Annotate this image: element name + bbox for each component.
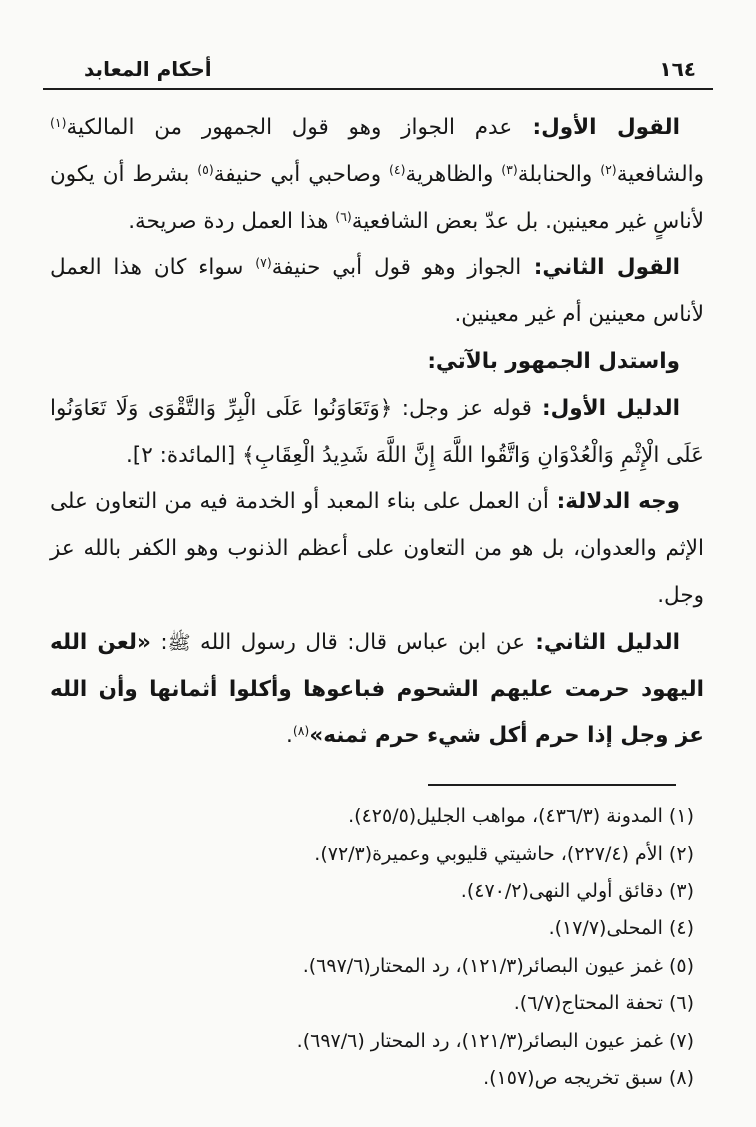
text-segment-sup: (٢) xyxy=(600,162,617,177)
footnote-item: (٦) تحفة المحتاج(٦/٧). xyxy=(50,985,694,1022)
text-segment-sup: (١) xyxy=(50,115,67,130)
text-segment-normal: وصاحبي أبي حنيفة xyxy=(214,162,389,187)
text-segment-sup: (٦) xyxy=(335,209,352,224)
page-number: ١٦٤ xyxy=(659,54,696,84)
text-segment-normal: هذا العمل ردة صريحة. xyxy=(128,209,335,234)
text-segment-normal: [المائدة: ٢]. xyxy=(126,443,242,468)
text-segment-sup: (٧) xyxy=(255,255,272,270)
text-segment-normal: عدم الجواز وهو قول الجمهور من المالكية xyxy=(67,115,513,140)
text-segment-normal: والظاهرية xyxy=(406,162,502,187)
text-segment-normal: الجواز وهو قول أبي حنيفة xyxy=(272,255,522,280)
text-segment-normal: عن ابن عباس قال: قال رسول الله xyxy=(191,630,526,655)
header-rule xyxy=(43,88,713,90)
text-segment-sup: (٤) xyxy=(389,162,406,177)
text-segment-bold: القول الثاني: xyxy=(521,255,680,280)
running-header: ١٦٤ أحكام المعابد xyxy=(0,0,756,84)
paragraph-qawl-thani: القول الثاني: الجواز وهو قول أبي حنيفة(٧… xyxy=(50,245,704,339)
paragraph-qawl-awwal: القول الأول: عدم الجواز وهو قول الجمهور … xyxy=(50,105,704,245)
paragraph-dalil-awwal: الدليل الأول: قوله عز وجل: ﴿وَتَعَاوَنُو… xyxy=(50,386,704,480)
text-segment-sup: (٥) xyxy=(197,162,214,177)
footnote-separator-rule xyxy=(428,784,676,786)
text-segment-normal: والحنابلة xyxy=(518,162,600,187)
book-title: أحكام المعابد xyxy=(84,54,212,84)
text-segment-sup: (٣) xyxy=(501,162,518,177)
footnote-item: (٥) غمز عيون البصائر(١٢١/٣)، رد المحتار(… xyxy=(50,948,694,985)
paragraph-wajh-dalalah: وجه الدلالة: أن العمل على بناء المعبد أو… xyxy=(50,479,704,619)
text-segment-normal: والشافعية xyxy=(617,162,704,187)
text-segment-bold: القول الأول: xyxy=(512,115,680,140)
footnote-item: (٨) سبق تخريجه ص(١٥٧). xyxy=(50,1060,694,1097)
paragraph-istidlal-heading: واستدل الجمهور بالآتي: xyxy=(50,339,704,386)
book-page: ١٦٤ أحكام المعابد القول الأول: عدم الجوا… xyxy=(0,0,756,1127)
footnote-item: (١) المدونة (٤٣٦/٣)، مواهب الجليل(٤٢٥/٥)… xyxy=(50,798,694,835)
footnote-item: (٤) المحلى(١٧/٧). xyxy=(50,910,694,947)
text-segment-normal: : xyxy=(151,630,168,655)
main-text: القول الأول: عدم الجواز وهو قول الجمهور … xyxy=(0,105,756,760)
text-segment-sup: (٨) xyxy=(293,723,310,738)
text-segment-saw: ﷺ xyxy=(168,632,191,654)
footnote-item: (٢) الأم (٢٢٧/٤)، حاشيتي قليوبي وعميرة(٧… xyxy=(50,836,694,873)
footnotes-section: (١) المدونة (٤٣٦/٣)، مواهب الجليل(٤٢٥/٥)… xyxy=(0,784,756,1097)
text-segment-bold: الدليل الثاني: xyxy=(525,630,680,655)
paragraph-dalil-thani: الدليل الثاني: عن ابن عباس قال: قال رسول… xyxy=(50,620,704,760)
footnote-item: (٣) دقائق أولي النهى(٤٧٠/٢). xyxy=(50,873,694,910)
text-segment-bold: وجه الدلالة: xyxy=(549,489,680,514)
text-segment-normal: . xyxy=(286,723,293,748)
footnote-list: (١) المدونة (٤٣٦/٣)، مواهب الجليل(٤٢٥/٥)… xyxy=(0,798,756,1097)
text-segment-bold: واستدل الجمهور بالآتي: xyxy=(427,349,680,374)
footnote-item: (٧) غمز عيون البصائر(١٢١/٣)، رد المحتار … xyxy=(50,1023,694,1060)
text-segment-bold: الدليل الأول: xyxy=(532,396,680,421)
text-segment-normal: قوله عز وجل: xyxy=(392,396,532,421)
